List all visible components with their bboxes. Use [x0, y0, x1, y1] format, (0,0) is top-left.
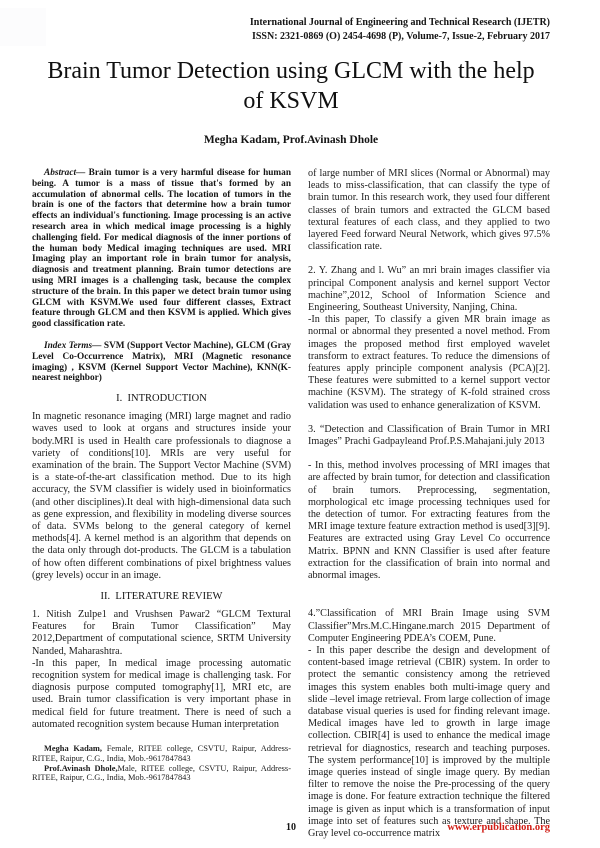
journal-header: International Journal of Engineering and…	[32, 16, 550, 44]
paper-authors: Megha Kadam, Prof.Avinash Dhole	[32, 134, 550, 146]
literature-item-1: 1. Nitish Zulpe1 and Vrushsen Pawar2 “GL…	[32, 609, 291, 731]
journal-name: International Journal of Engineering and…	[32, 16, 550, 30]
abstract-label: Abstract—	[44, 168, 89, 178]
paper-page: International Journal of Engineering and…	[0, 0, 600, 848]
footnote-author-2-name: Prof.Avinash Dhole,	[44, 764, 118, 773]
index-terms-paragraph: Index Terms— SVM (Support Vector Machine…	[32, 341, 291, 384]
section-heading-introduction: I. INTRODUCTION	[32, 393, 291, 404]
abstract-paragraph: Abstract— Brain tumor is a very harmful …	[32, 168, 291, 330]
literature-item-1-continued: of large number of MRI slices (Normal or…	[308, 168, 550, 253]
paper-title: Brain Tumor Detection using GLCM with th…	[40, 56, 542, 116]
abstract-text: Brain tumor is a very harmful disease fo…	[32, 168, 291, 329]
literature-item-3-title: 3. “Detection and Classification of Brai…	[308, 424, 550, 448]
right-column: of large number of MRI slices (Normal or…	[308, 168, 550, 840]
literature-item-2: 2. Y. Zhang and l. Wu” an mri brain imag…	[308, 265, 550, 411]
two-column-body: Abstract— Brain tumor is a very harmful …	[32, 168, 550, 840]
literature-item-3-body: - In this, method involves processing of…	[308, 460, 550, 582]
publisher-link[interactable]: www.erpublication.org	[447, 822, 550, 833]
author-footnotes: Megha Kadam, Female, RITEE college, CSVT…	[32, 744, 291, 783]
footnote-author-1-name: Megha Kadam,	[44, 744, 102, 753]
literature-item-4: 4.”Classification of MRI Brain Image usi…	[308, 608, 550, 840]
section-heading-literature-review: II. LITERATURE REVIEW	[32, 591, 291, 602]
index-terms-label: Index Terms—	[44, 341, 104, 351]
issn-issue-line: ISSN: 2321-0869 (O) 2454-4698 (P), Volum…	[32, 30, 550, 44]
left-column: Abstract— Brain tumor is a very harmful …	[32, 168, 291, 840]
footnote-author-2: Prof.Avinash Dhole,Male, RITEE college, …	[32, 764, 291, 784]
introduction-paragraph: In magnetic resonance imaging (MRI) larg…	[32, 411, 291, 582]
page-footer: 10 www.erpublication.org	[32, 822, 550, 836]
footnote-author-1: Megha Kadam, Female, RITEE college, CSVT…	[32, 744, 291, 764]
